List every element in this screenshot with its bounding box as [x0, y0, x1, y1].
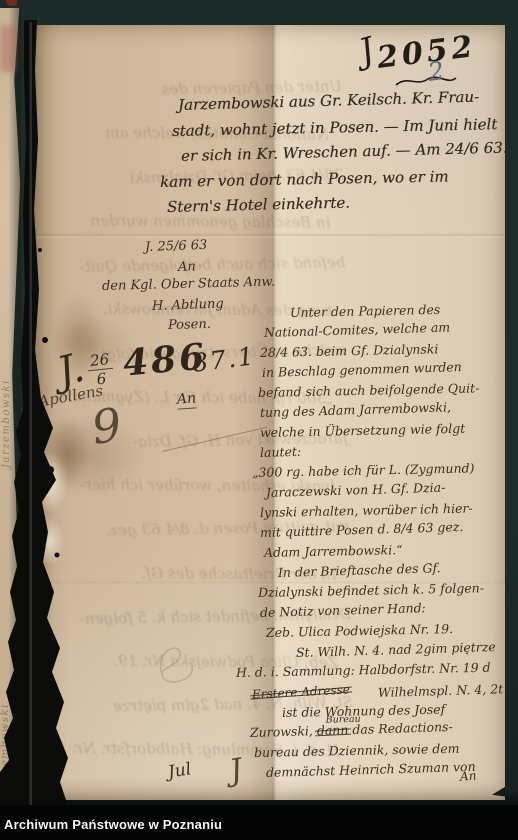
- archival-scan: Jarzembowski Jarzembowski Unter den Papi…: [0, 0, 518, 840]
- folio-ink-number: 2052: [375, 29, 478, 76]
- gutter-highlight: [30, 22, 33, 810]
- folio-annotation: J 2052: [360, 31, 476, 71]
- ink-layer: J 2052 2 Jarzembowski aus Gr. Keilsch. K…: [30, 25, 505, 800]
- archive-label: Archiwum Państwowe w Poznaniu: [4, 817, 222, 832]
- ink-flourish: 9: [88, 397, 125, 455]
- binding-tear: [0, 0, 70, 840]
- corner-notch: [492, 781, 505, 797]
- folio-flourish: J: [355, 30, 379, 72]
- fraction-numerator: 26: [86, 350, 113, 372]
- body-text: Unter den Papieren des National-Comites,…: [230, 303, 505, 783]
- registry-reference: An: [176, 390, 196, 409]
- closing-left-mark: Jul: [167, 759, 193, 782]
- body-line: H. d. i. Sammlung: Halbdorfstr. Nr. 19 d: [236, 657, 505, 683]
- inserted-word: Bureau: [325, 710, 361, 731]
- archive-footer: Archiwum Państwowe w Poznaniu: [0, 805, 518, 840]
- document-page: Unter den Papieren des National-Comites,…: [30, 25, 505, 800]
- pencil-scribble: [148, 635, 218, 690]
- summary-note: Jarzembowski aus Gr. Keilsch. Kr. Frau- …: [105, 93, 505, 221]
- closing-right-mark: An: [460, 768, 477, 783]
- zurowski-pre: Zurowski,: [250, 723, 313, 740]
- zurowski-post: das Redactions-: [352, 719, 453, 737]
